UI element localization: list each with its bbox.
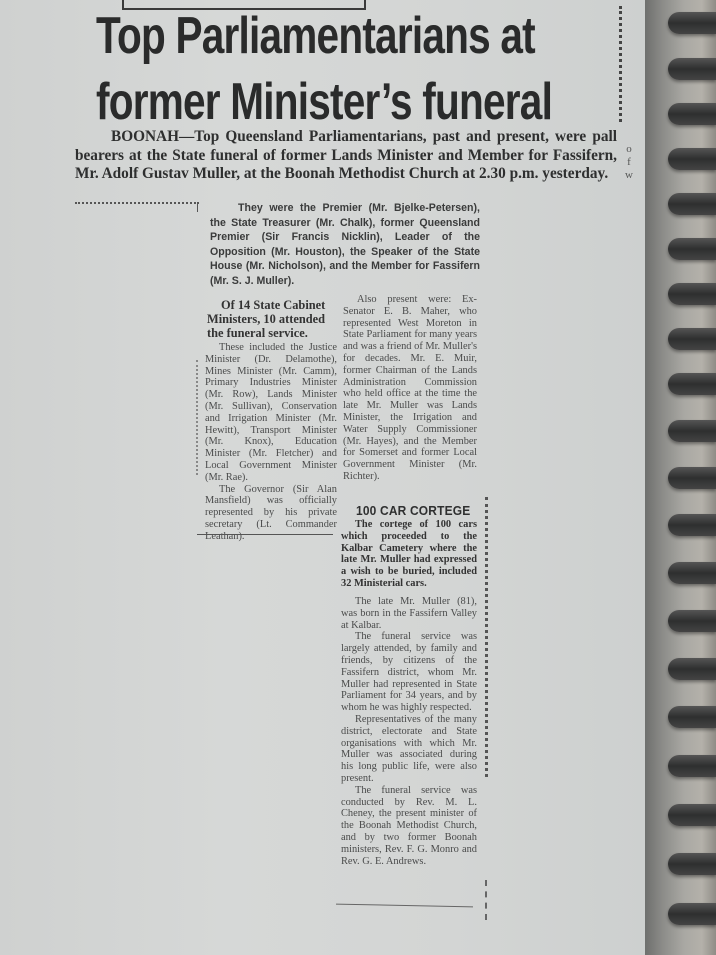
column-3-para: The funeral service was conducted by Rev…	[341, 785, 477, 868]
binding-ring	[668, 373, 716, 395]
column-1-para: These included the Justice Minister (Dr.…	[205, 342, 337, 484]
binding-ring	[668, 328, 716, 350]
intro-paragraph: They were the Premier (Mr. Bjelke-Peters…	[210, 201, 480, 289]
subheading-text: Of 14 State Cabinet Ministers, 10 attend…	[207, 298, 337, 340]
column-3: The late Mr. Muller (81), was born in th…	[341, 596, 477, 867]
margin-letter: o	[623, 143, 635, 156]
binding-ring	[668, 58, 716, 80]
decorative-rule	[75, 202, 199, 207]
binding-ring	[668, 903, 716, 925]
decorative-rule-end	[197, 202, 200, 212]
end-rule	[336, 904, 473, 908]
column-1: These included the Justice Minister (Dr.…	[205, 342, 337, 543]
subheading: Of 14 State Cabinet Ministers, 10 attend…	[207, 298, 337, 340]
margin-marks	[196, 360, 202, 475]
column-3-para: Representatives of the many district, el…	[341, 714, 477, 785]
margin-letter: f	[623, 156, 635, 169]
binding-ring	[668, 610, 716, 632]
column-2-para: Also present were: Ex-Senator E. B. Mahe…	[343, 294, 477, 483]
section-heading: 100 CAR CORTEGE	[356, 503, 470, 518]
binding-ring	[668, 420, 716, 442]
binding-ring	[668, 148, 716, 170]
binding-ring	[668, 755, 716, 777]
binding-ring	[668, 193, 716, 215]
column-2: Also present were: Ex-Senator E. B. Mahe…	[343, 294, 477, 483]
lead-paragraph: BOONAH—Top Queensland Parliamentarians, …	[75, 128, 617, 184]
binding-ring	[668, 706, 716, 728]
margin-letter: w	[623, 169, 635, 182]
intro-text: They were the Premier (Mr. Bjelke-Peters…	[210, 201, 480, 289]
binding-ring	[668, 562, 716, 584]
binding-ring	[668, 238, 716, 260]
cortege-text: The cortege of 100 cars which proceeded …	[341, 519, 477, 590]
binding-ring	[668, 103, 716, 125]
binding-ring	[668, 467, 716, 489]
headline-line-2: former Minister’s funeral	[96, 72, 502, 132]
dotted-rule-right	[485, 497, 488, 777]
margin-letters: o f w	[623, 143, 635, 182]
cortege-paragraph: The cortege of 100 cars which proceeded …	[341, 519, 477, 590]
scrapbook-page: Top Parliamentarians at former Minister’…	[0, 0, 645, 955]
binding-ring	[668, 853, 716, 875]
binding-ring	[668, 514, 716, 536]
binding-ring	[668, 12, 716, 34]
column-3-para: The late Mr. Muller (81), was born in th…	[341, 596, 477, 631]
column-3-para: The funeral service was largely attended…	[341, 631, 477, 714]
dashed-rule-right	[485, 880, 487, 920]
binding-ring	[668, 283, 716, 305]
lead-text: BOONAH—Top Queensland Parliamentarians, …	[75, 128, 617, 184]
column-rule	[197, 534, 333, 535]
binding-ring	[668, 804, 716, 826]
dotted-rule	[619, 6, 626, 122]
headline-line-1: Top Parliamentarians at	[96, 6, 502, 66]
binding-ring	[668, 658, 716, 680]
